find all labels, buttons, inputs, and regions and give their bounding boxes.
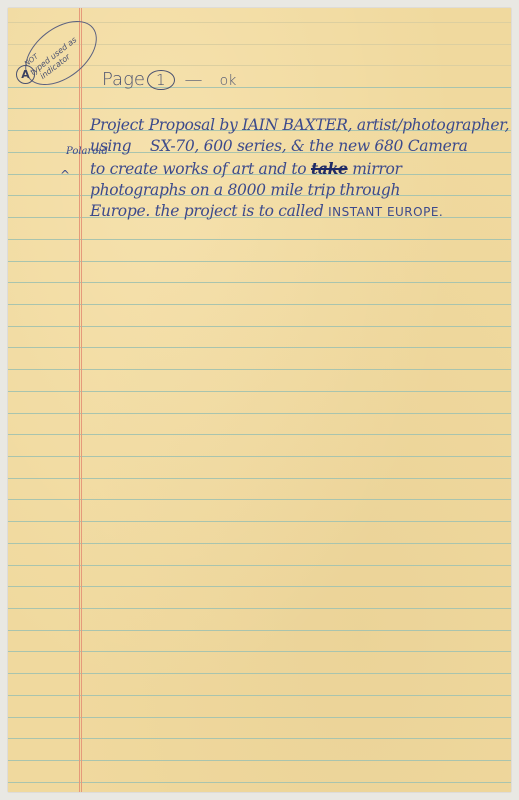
ruled-line: [8, 108, 511, 109]
header-dash: —: [185, 69, 203, 90]
project-title: INSTANT EUROPE.: [328, 205, 443, 219]
ruled-line: [8, 261, 511, 262]
ruled-line: [8, 608, 511, 609]
ruled-line: [8, 499, 511, 500]
ruled-line: [8, 413, 511, 414]
line-text: mirror: [352, 160, 401, 178]
page-number: 1: [147, 70, 175, 90]
legal-pad-page: NOT typed used as indicator A Page1— ok …: [8, 8, 511, 792]
struck-word: take: [311, 159, 348, 178]
ruled-line: [8, 760, 511, 761]
ruled-line: [8, 630, 511, 631]
body-line-3: to create works of art and to take mirro…: [90, 161, 402, 178]
line-text: using: [90, 137, 131, 155]
ruled-line: [8, 478, 511, 479]
body-line-2: using SX-70, 600 series, & the new 680 C…: [90, 139, 468, 155]
ruled-line: [8, 695, 511, 696]
body-line-5: Europe. the project is to called INSTANT…: [90, 204, 443, 220]
ruled-line: [8, 87, 511, 88]
circled-letter-a: A: [16, 65, 35, 84]
header-status: ok: [220, 73, 237, 89]
line-text: Europe. the project is to called: [90, 202, 323, 220]
ruled-line: [8, 543, 511, 544]
ruled-line: [8, 586, 511, 587]
margin-line: [81, 8, 82, 792]
ruled-line: [8, 434, 511, 435]
page-label: Page: [102, 69, 145, 90]
body-line-1: Project Proposal by IAIN BAXTER, artist/…: [90, 118, 509, 134]
body-line-4: photographs on a 8000 mile trip through: [90, 183, 400, 199]
ruled-line: [8, 304, 511, 305]
ruled-line: [8, 326, 511, 327]
ruled-line: [8, 391, 511, 392]
ruled-line: [8, 282, 511, 283]
ruled-line: [8, 651, 511, 652]
insertion-caret: ^: [60, 168, 70, 182]
ruled-line: [8, 521, 511, 522]
ruled-line: [8, 673, 511, 674]
margin-line: [79, 8, 80, 792]
ruled-line: [8, 565, 511, 566]
page-header: Page1— ok: [102, 70, 236, 90]
line-text: to create works of art and to: [90, 160, 306, 178]
line-text: SX-70, 600 series, & the new 680 Camera: [150, 137, 468, 155]
ruled-line: [8, 738, 511, 739]
ruled-line: [8, 369, 511, 370]
ruled-line: [8, 239, 511, 240]
ruled-line: [8, 717, 511, 718]
ruled-line: [8, 782, 511, 783]
ruled-line: [8, 347, 511, 348]
ruled-line: [8, 456, 511, 457]
